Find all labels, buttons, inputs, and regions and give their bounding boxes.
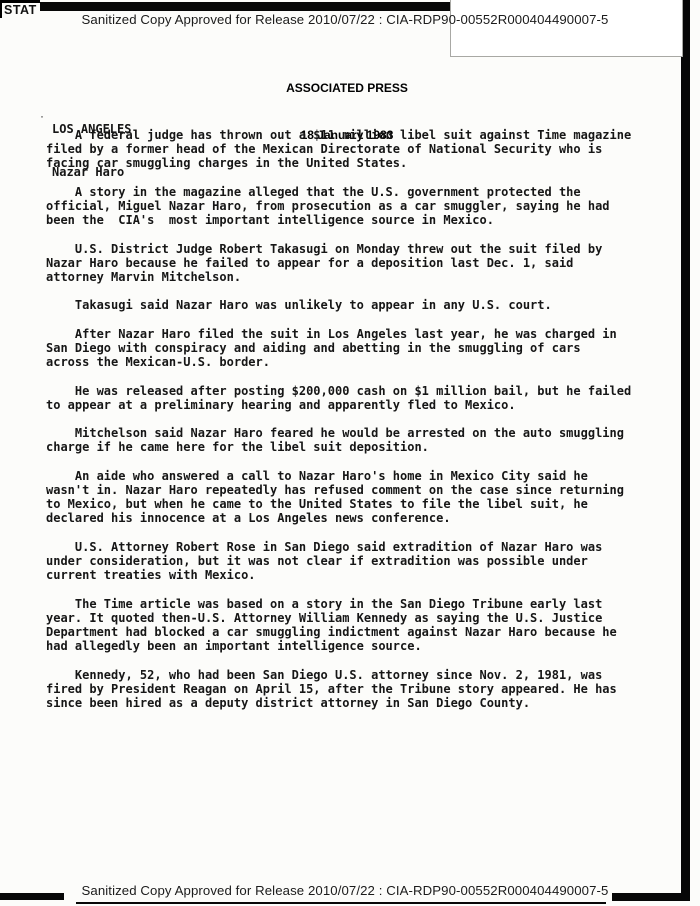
- header-cutout-box: [450, 0, 683, 57]
- article-paragraph: U.S. District Judge Robert Takasugi on M…: [46, 242, 686, 285]
- scan-artifact-dot: ·: [40, 109, 44, 123]
- release-approval-header: Sanitized Copy Approved for Release 2010…: [0, 12, 690, 27]
- release-approval-footer: Sanitized Copy Approved for Release 2010…: [0, 883, 690, 898]
- article-paragraph: A federal judge has thrown out a $11 mil…: [46, 128, 686, 171]
- document-page: STAT Sanitized Copy Approved for Release…: [0, 0, 700, 906]
- article-body: A federal judge has thrown out a $11 mil…: [46, 128, 686, 724]
- right-edge-redaction-bar: [681, 0, 690, 900]
- footer-underline: [76, 902, 606, 904]
- article-paragraph: After Nazar Haro filed the suit in Los A…: [46, 327, 686, 370]
- article-paragraph: Mitchelson said Nazar Haro feared he wou…: [46, 426, 686, 454]
- article-paragraph: U.S. Attorney Robert Rose in San Diego s…: [46, 540, 686, 583]
- article-paragraph: Kennedy, 52, who had been San Diego U.S.…: [46, 668, 686, 711]
- article-paragraph: A story in the magazine alleged that the…: [46, 185, 686, 228]
- article-paragraph: The Time article was based on a story in…: [46, 597, 686, 654]
- article-paragraph: Takasugi said Nazar Haro was unlikely to…: [46, 298, 686, 312]
- article-paragraph: An aide who answered a call to Nazar Har…: [46, 469, 686, 526]
- article-paragraph: He was released after posting $200,000 c…: [46, 384, 686, 412]
